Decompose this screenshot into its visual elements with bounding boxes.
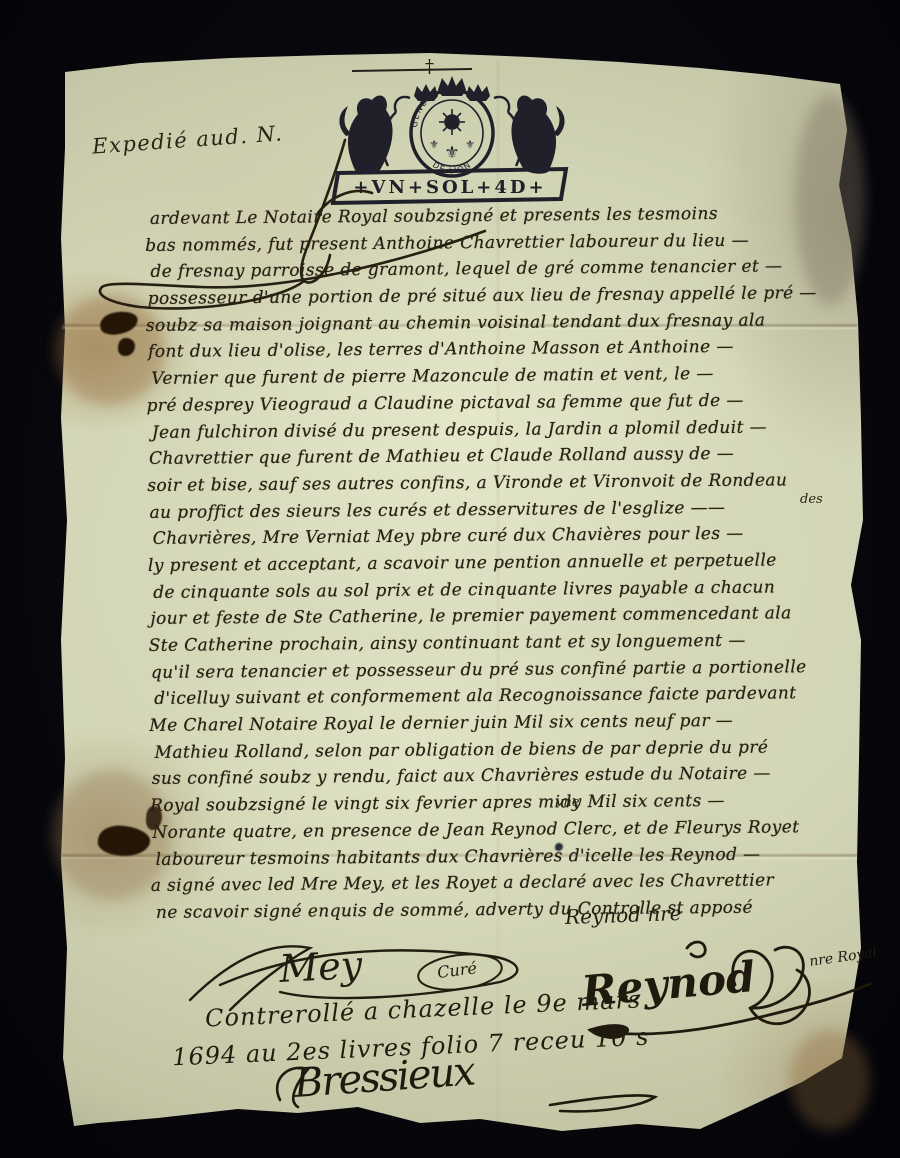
- manuscript-body-text: ardevant Le Notaire Royal soubzsigné et …: [147, 203, 822, 929]
- closing-subscription-reynod: Reynod nre: [565, 901, 682, 929]
- interline-insertion-des: des: [800, 492, 823, 507]
- photograph-of-manuscript: †: [0, 0, 900, 1158]
- signature-reynod-title: nre Royal: [808, 945, 878, 970]
- signature-mey-name: Mey: [277, 943, 364, 991]
- stamp-lion-right: [511, 95, 564, 173]
- interline-insertion-vne: vne: [556, 795, 579, 810]
- signature-mey-title: Curé: [436, 958, 478, 982]
- signature-bressieux: Bressieux: [250, 1045, 670, 1130]
- stamp-sunburst: [439, 109, 465, 135]
- top-cross-mark: †: [425, 56, 434, 77]
- signature-bressieux-name: Bressieux: [291, 1048, 476, 1107]
